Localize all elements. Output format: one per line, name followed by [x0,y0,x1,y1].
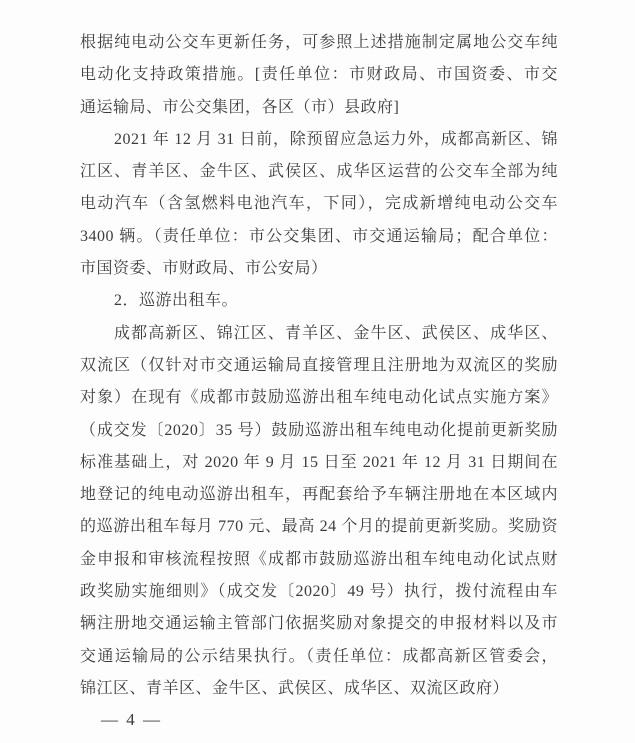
text-line: 通运输局、市公交集团，各区（市）县政府] [80,92,558,124]
text-line: 双流区（仅针对市交通运输局直接管理且注册地为双流区的奖励 [80,350,558,382]
text-line: 的巡游出租车每月 770 元、最高 24 个月的提前更新奖励。奖励资 [80,511,558,543]
text-line: 地登记的纯电动巡游出租车，再配套给予车辆注册地在本区域内 [80,479,558,511]
text-line: 辆注册地交通运输主管部门依据奖励对象提交的申报材料以及市 [80,608,558,640]
text-line: 电动汽车（含氢燃料电池汽车，下同），完成新增纯电动公交车 [80,188,558,220]
page-number: — 4 — [101,710,162,730]
text-line: 电动化支持政策措施。[责任单位：市财政局、市国资委、市交 [80,59,558,91]
text-line: 2．巡游出租车。 [80,285,558,317]
text-line: 市国资委、市财政局、市公安局） [80,253,558,285]
text-line: 政奖励实施细则》（成交发〔2020〕49 号）执行，拨付流程由车 [80,576,558,608]
text-line: 标准基础上，对 2020 年 9 月 15 日至 2021 年 12 月 31 … [80,447,558,479]
text-line: 成都高新区、锦江区、青羊区、金牛区、武侯区、成华区、 [80,318,558,350]
text-line: 金申报和审核流程按照《成都市鼓励巡游出租车纯电动化试点财 [80,544,558,576]
text-line: 根据纯电动公交车更新任务，可参照上述措施制定属地公交车纯 [80,27,558,59]
text-line: 对象）在现有《成都市鼓励巡游出租车纯电动化试点实施方案》 [80,382,558,414]
text-line: 交通运输局的公示结果执行。（责任单位：成都高新区管委会， [80,641,558,673]
body-text: 根据纯电动公交车更新任务，可参照上述措施制定属地公交车纯电动化支持政策措施。[责… [80,27,558,705]
text-line: 锦江区、青羊区、金牛区、武侯区、成华区、双流区政府） [80,673,558,705]
text-line: （成交发〔2020〕35 号）鼓励巡游出租车纯电动化提前更新奖励 [80,415,558,447]
document-page: 根据纯电动公交车更新任务，可参照上述措施制定属地公交车纯电动化支持政策措施。[责… [0,0,635,743]
text-line: 江区、青羊区、金牛区、武侯区、成华区运营的公交车全部为纯 [80,156,558,188]
text-line: 3400 辆。（责任单位：市公交集团、市交通运输局；配合单位： [80,221,558,253]
text-line: 2021 年 12 月 31 日前，除预留应急运力外，成都高新区、锦 [80,124,558,156]
